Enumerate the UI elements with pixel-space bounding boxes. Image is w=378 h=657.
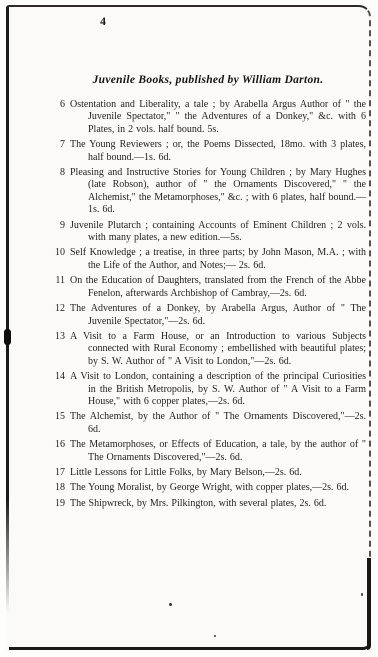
item-text: The Alchemist, by the Author of " The Or… [70,411,366,434]
item-number: 17 [50,467,65,479]
list-item: 18The Young Moralist, by George Wright, … [50,482,366,494]
list-item: 12The Adventures of a Donkey, by Arabell… [50,303,366,328]
item-text: The Metamorphoses, or Effects of Educati… [70,439,366,462]
item-number: 19 [50,498,65,510]
list-item: 8Pleasing and Instructive Stories for Yo… [50,167,366,217]
item-text: The Young Moralist, by George Wright, wi… [70,482,349,493]
item-number: 7 [50,139,65,151]
item-text: The Adventures of a Donkey, by Arabella … [70,303,366,326]
item-text: Self Knowledge ; a treatise, in three pa… [70,247,366,270]
item-number: 16 [50,439,65,451]
item-number: 11 [50,275,65,287]
item-text: A Visit to a Farm House, or an Introduct… [70,331,366,367]
list-item: 16The Metamorphoses, or Effects of Educa… [50,439,366,464]
scanned-book-page: 4 Juvenile Books, published by William D… [0,0,378,657]
item-number: 13 [50,331,65,343]
list-item: 15The Alchemist, by the Author of " The … [50,411,366,436]
list-item: 9Juvenile Plutarch ; containing Accounts… [50,220,366,245]
item-text: Pleasing and Instructive Stories for You… [70,167,366,215]
item-number: 15 [50,411,65,423]
item-number: 8 [50,167,65,179]
item-number: 6 [50,99,65,111]
list-item: 10Self Knowledge ; a treatise, in three … [50,247,366,272]
item-number: 18 [50,482,65,494]
item-number: 14 [50,371,65,383]
list-item: 19The Shipwreck, by Mrs. Pilkington, wit… [50,498,366,510]
item-number: 10 [50,247,65,259]
page-title: Juvenile Books, published by William Dar… [50,74,366,86]
item-text: A Visit to London, containing a descript… [70,371,366,407]
item-number: 9 [50,220,65,232]
list-item: 17Little Lessons for Little Folks, by Ma… [50,467,366,479]
item-text: Little Lessons for Little Folks, by Mary… [70,467,302,478]
item-text: Juvenile Plutarch ; containing Accounts … [70,220,366,243]
list-item: 13A Visit to a Farm House, or an Introdu… [50,331,366,368]
list-item: 6Ostentation and Liberality, a tale ; by… [50,99,366,136]
list-item: 14A Visit to London, containing a descri… [50,371,366,408]
list-item: 11On the Education of Daughters, transla… [50,275,366,300]
item-text: The Shipwreck, by Mrs. Pilkington, with … [70,498,326,509]
item-text: Ostentation and Liberality, a tale ; by … [70,99,366,135]
page-content: Juvenile Books, published by William Dar… [0,0,378,657]
book-list: 6Ostentation and Liberality, a tale ; by… [50,99,366,510]
item-text: On the Education of Daughters, translate… [70,275,366,298]
item-number: 12 [50,303,65,315]
list-item: 7The Young Reviewers ; or, the Poems Dis… [50,139,366,164]
item-text: The Young Reviewers ; or, the Poems Diss… [70,139,366,162]
